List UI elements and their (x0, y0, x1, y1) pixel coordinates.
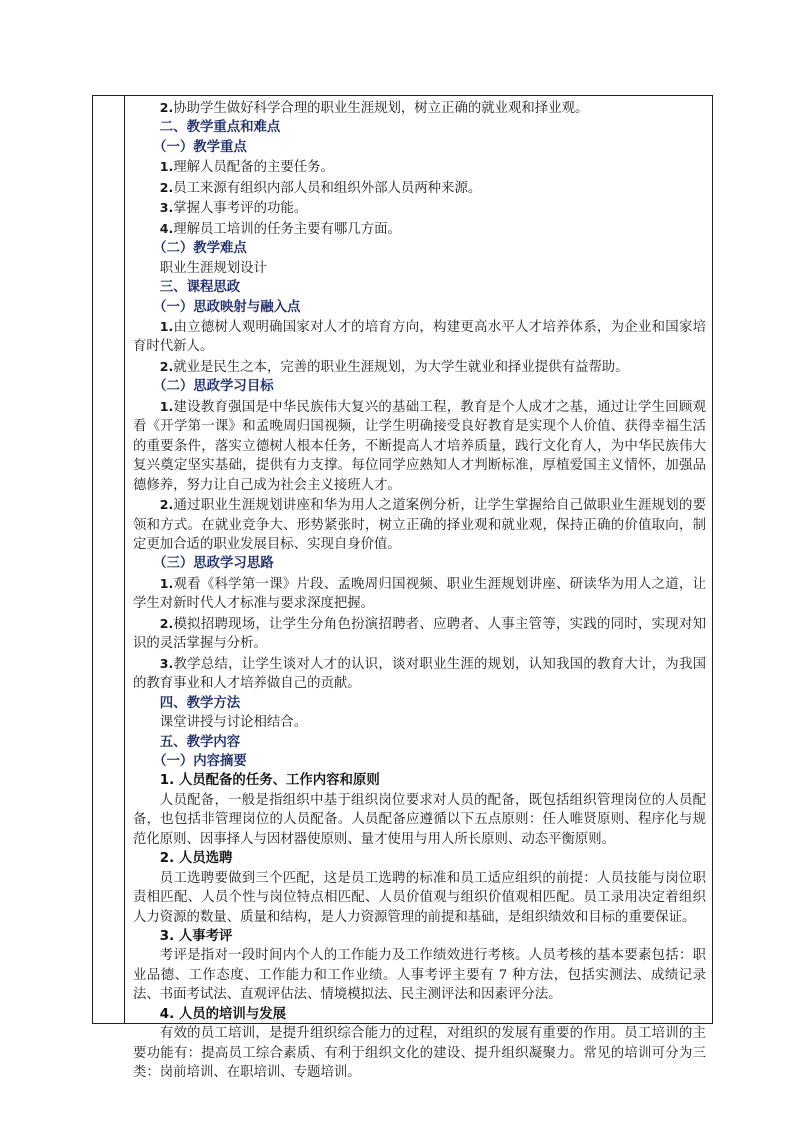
body-text: 有效的员工培训，是提升组织综合能力的过程，对组织的发展有重要的作用。员工培训的主… (133, 1024, 706, 1082)
list-item: 1.观看《科学第一课》片段、孟晚周归国视频、职业生涯规划讲座、研读华为用人之道，… (133, 574, 706, 614)
section-heading: 四、教学方法 (133, 694, 706, 713)
lesson-plan-table: 2.协助学生做好科学合理的职业生涯规划，树立正确的就业观和择业观。 二、教学重点… (92, 95, 713, 1024)
body-text: 人员配备，一般是指组织中基于组织岗位要求对人员的配备，既包括组织管理岗位的人员配… (133, 791, 706, 849)
table-content-cell: 2.协助学生做好科学合理的职业生涯规划，树立正确的就业观和择业观。 二、教学重点… (125, 96, 712, 1023)
topic-heading: 1. 人员配备的任务、工作内容和原则 (133, 771, 706, 790)
list-item: 1.建设教育强国是中华民族伟大复兴的基础工程，教育是个人成才之基，通过让学生回顾… (133, 397, 706, 495)
section-heading: 三、课程思政 (133, 278, 706, 297)
list-item: 3.教学总结，让学生谈对人才的认识，谈对职业生涯的规划，认知我国的教育大计，为我… (133, 654, 706, 694)
list-item: 1.由立德树人观明确国家对人才的培育方向，构建更高水平人才培养体系，为企业和国家… (133, 317, 706, 357)
topic-heading: 3. 人事考评 (133, 927, 706, 946)
section-heading: 二、教学重点和难点 (133, 118, 706, 137)
table-label-column (93, 96, 125, 1023)
subsection-heading: （二）教学难点 (133, 239, 706, 258)
body-text: 员工选聘要做到三个匹配，这是员工选聘的标准和员工适应组织的前提：人员技能与岗位职… (133, 869, 706, 927)
subsection-heading: （二）思政学习目标 (133, 377, 706, 396)
list-item: 2.通过职业生涯规划讲座和华为用人之道案例分析，让学生掌握给自己做职业生涯规划的… (133, 495, 706, 554)
subsection-heading: （一）内容摘要 (133, 752, 706, 771)
list-item: 4.理解员工培训的任务主要有哪几方面。 (133, 219, 706, 239)
body-text: 课堂讲授与讨论相结合。 (133, 713, 706, 732)
list-item: 1.理解人员配备的主要任务。 (133, 157, 706, 177)
body-text: 考评是指对一段时间内个人的工作能力及工作绩效进行考核。人员考核的基本要素包括：职… (133, 946, 706, 1004)
section-heading: 五、教学内容 (133, 733, 706, 752)
topic-heading: 2. 人员选聘 (133, 849, 706, 868)
subsection-heading: （三）思政学习思路 (133, 554, 706, 573)
list-item: 2.就业是民生之本，完善的职业生涯规划，为大学生就业和择业提供有益帮助。 (133, 357, 706, 377)
topic-heading: 4. 人员的培训与发展 (133, 1005, 706, 1024)
subsection-heading: （一）教学重点 (133, 138, 706, 157)
list-item: 2.模拟招聘现场，让学生分角色扮演招聘者、应聘者、人事主管等，实践的同时，实现对… (133, 614, 706, 654)
subsection-heading: （一）思政映射与融入点 (133, 298, 706, 317)
list-item: 2.员工来源有组织内部人员和组织外部人员两种来源。 (133, 178, 706, 198)
body-text: 职业生涯规划设计 (133, 259, 706, 278)
list-item: 3.掌握人事考评的功能。 (133, 198, 706, 218)
objective-item: 2.协助学生做好科学合理的职业生涯规划，树立正确的就业观和择业观。 (133, 98, 706, 118)
